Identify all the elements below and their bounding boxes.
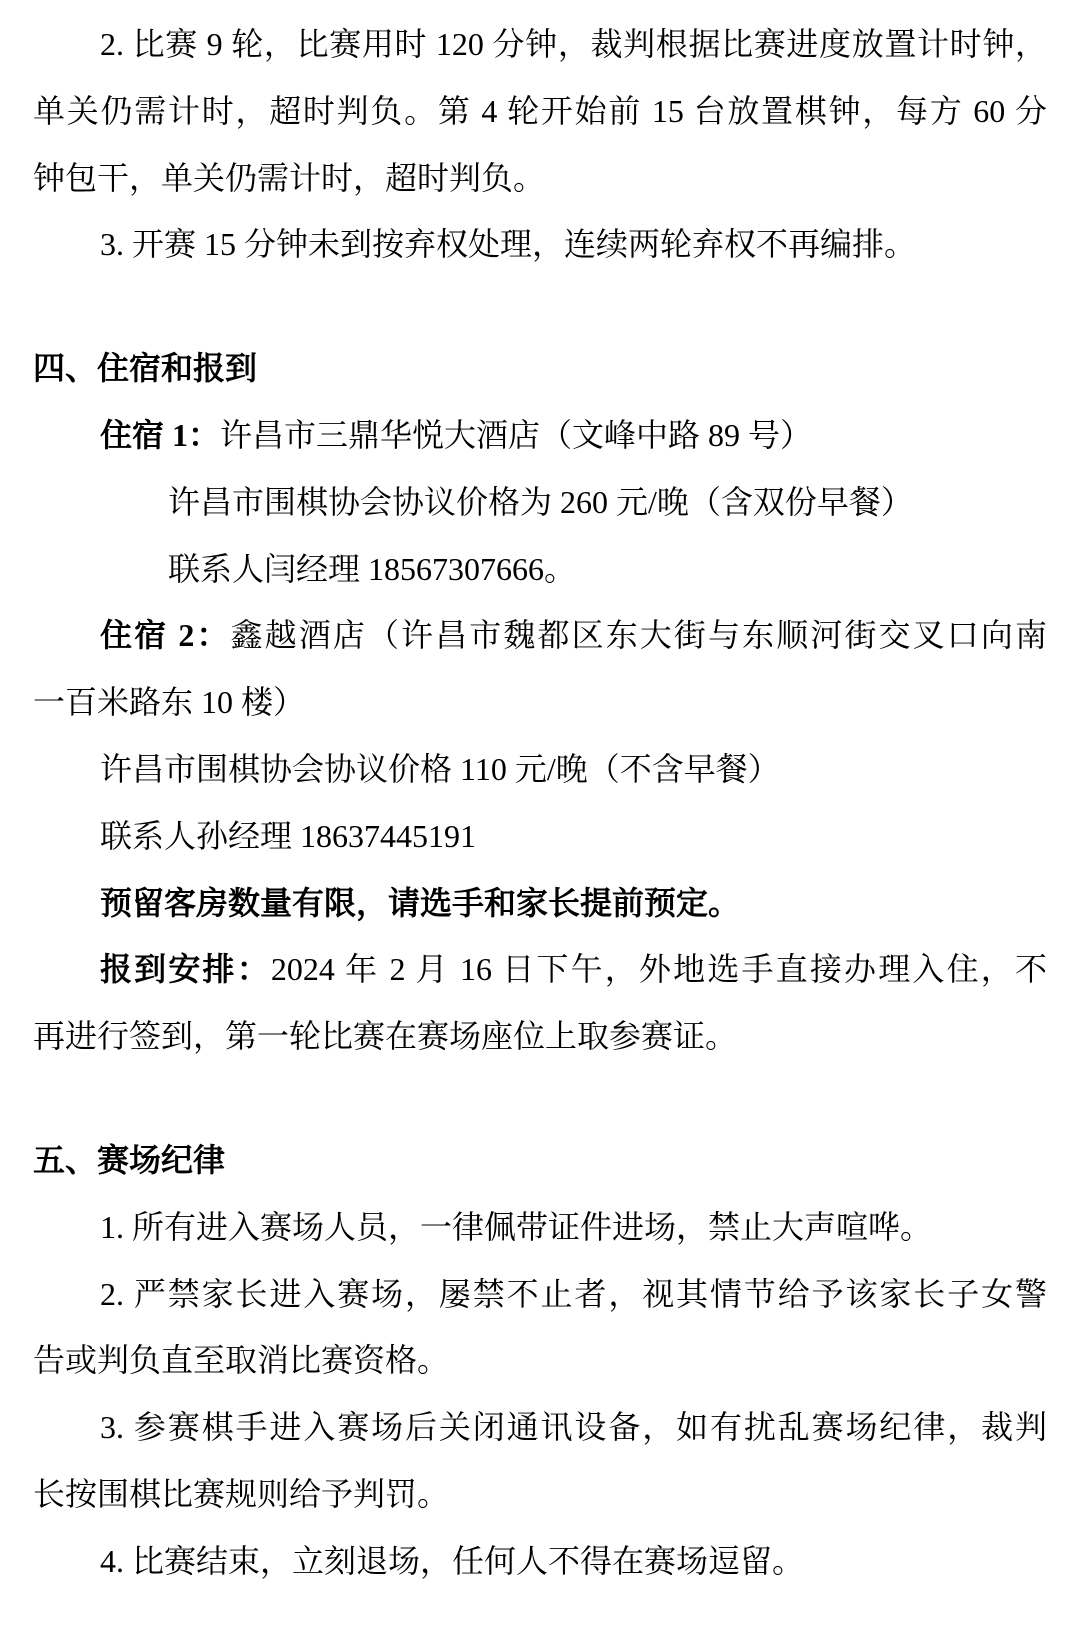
rule-2-line-2: 单关仍需计时，超时判负。第 4 轮开始前 15 台放置棋钟，每方 60 分 (33, 78, 1047, 145)
discipline-3-line-2: 长按围棋比赛规则给予判罚。 (33, 1461, 1047, 1528)
section-5-heading: 五、赛场纪律 (33, 1127, 1047, 1194)
hotel-2-line-2: 一百米路东 10 楼） (33, 669, 1047, 736)
checkin-line-2: 再进行签到，第一轮比赛在赛场座位上取参赛证。 (33, 1003, 1047, 1070)
hotel-1-line: 住宿 1：许昌市三鼎华悦大酒店（文峰中路 89 号） (33, 402, 1047, 469)
hotel-2-price-line: 许昌市围棋协会协议价格 110 元/晚（不含早餐） (33, 736, 1047, 803)
hotel-1-price-line: 许昌市围棋协会协议价格为 260 元/晚（含双份早餐） (33, 469, 1047, 536)
document-page: 2. 比赛 9 轮，比赛用时 120 分钟，裁判根据比赛进度放置计时钟， 单关仍… (0, 0, 1080, 1636)
hotel-1-label: 住宿 1： (100, 417, 220, 453)
rule-2-line-3: 钟包干，单关仍需计时，超时判负。 (33, 145, 1047, 212)
reservation-note-line: 预留客房数量有限，请选手和家长提前预定。 (33, 870, 1047, 937)
hotel-2-name: 鑫越酒店（许昌市魏都区东大街与东顺河街交叉口向南 (231, 617, 1047, 653)
hotel-2-label: 住宿 2： (100, 617, 231, 653)
rule-2-line-1: 2. 比赛 9 轮，比赛用时 120 分钟，裁判根据比赛进度放置计时钟， (33, 11, 1047, 78)
hotel-2-line-1: 住宿 2：鑫越酒店（许昌市魏都区东大街与东顺河街交叉口向南 (33, 602, 1047, 669)
checkin-label: 报到安排： (100, 951, 271, 987)
hotel-1-name: 许昌市三鼎华悦大酒店（文峰中路 89 号） (220, 417, 812, 453)
checkin-line-1: 报到安排：2024 年 2 月 16 日下午，外地选手直接办理入住，不 (33, 936, 1047, 1003)
hotel-1-contact-line: 联系人闫经理 18567307666。 (33, 536, 1047, 603)
hotel-2-contact-line: 联系人孙经理 18637445191 (33, 803, 1047, 870)
discipline-1-line: 1. 所有进入赛场人员，一律佩带证件进场，禁止大声喧哗。 (33, 1194, 1047, 1261)
discipline-4-line: 4. 比赛结束，立刻退场，任何人不得在赛场逗留。 (33, 1528, 1047, 1595)
rule-3-line: 3. 开赛 15 分钟未到按弃权处理，连续两轮弃权不再编排。 (33, 211, 1047, 278)
document-body: 2. 比赛 9 轮，比赛用时 120 分钟，裁判根据比赛进度放置计时钟， 单关仍… (0, 0, 1080, 1595)
section-4-heading: 四、住宿和报到 (33, 335, 1047, 402)
discipline-3-line-1: 3. 参赛棋手进入赛场后关闭通讯设备，如有扰乱赛场纪律，裁判 (33, 1394, 1047, 1461)
checkin-text: 2024 年 2 月 16 日下午，外地选手直接办理入住，不 (271, 951, 1047, 987)
discipline-2-line-2: 告或判负直至取消比赛资格。 (33, 1327, 1047, 1394)
discipline-2-line-1: 2. 严禁家长进入赛场，屡禁不止者，视其情节给予该家长子女警 (33, 1261, 1047, 1328)
